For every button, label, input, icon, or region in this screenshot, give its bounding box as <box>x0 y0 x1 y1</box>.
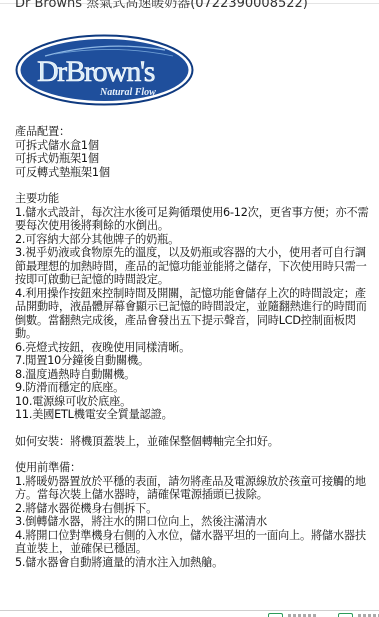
feature-item: 8.溫度過熱時自動關機。 <box>15 368 375 382</box>
prep-item: 5.儲水器會自動將適量的清水注入加熱艙。 <box>15 556 375 570</box>
feature-item: 6.亮燈式按鈕，夜晚使用同樣清晰。 <box>15 341 375 355</box>
logo-tagline-text: Natural Flow <box>99 87 156 98</box>
dr-browns-logo: DrBrown's Natural Flow <box>15 34 194 106</box>
config-item: 可反轉式墊瓶架1個 <box>15 166 375 180</box>
config-item: 可拆式儲水盒1個 <box>15 139 375 153</box>
features-section: 主要功能 1.儲水式設計，每次注水後可足夠循環使用6-12次，更省事方便；亦不需… <box>15 192 375 422</box>
feature-item: 11.美國ETL機電安全質量認證。 <box>15 408 375 422</box>
config-section: 產品配置： 可拆式儲水盒1個 可拆式奶瓶架1個 可反轉式墊瓶架1個 <box>15 125 375 179</box>
checkbox[interactable] <box>338 613 353 617</box>
feature-item: 4.利用操作按鈕來控制時間及開關，記憶功能會儲存上次的時間設定；產品開動時，液晶… <box>15 287 375 341</box>
feature-item: 10.電源線可收於底座。 <box>15 395 375 409</box>
checkbox[interactable] <box>268 613 283 617</box>
prep-item: 2.將儲水器從機身右側拆下。 <box>15 502 375 516</box>
config-heading: 產品配置： <box>15 125 375 139</box>
install-text: 如何安裝：將機頂蓋裝上，並確保整個轉軸完全扣好。 <box>15 435 375 449</box>
product-description: 產品配置： 可拆式儲水盒1個 可拆式奶瓶架1個 可反轉式墊瓶架1個 主要功能 1… <box>15 125 375 582</box>
prep-heading: 使用前準備： <box>15 461 375 475</box>
logo-brand-text: DrBrown's <box>37 55 155 88</box>
install-section: 如何安裝：將機頂蓋裝上，並確保整個轉軸完全扣好。 <box>15 435 375 449</box>
feature-item: 7.閒置10分鐘後自動關機。 <box>15 354 375 368</box>
prep-item: 1.將暖奶器置放於平穩的表面，請勿將產品及電源線放於孩童可接觸的地方。當每次裝上… <box>15 475 375 502</box>
features-heading: 主要功能 <box>15 192 375 206</box>
feature-item: 3.視乎奶液或食物原先的溫度，以及奶瓶或容器的大小，使用者可自行調節最理想的加熱… <box>15 246 375 287</box>
prep-item: 3.倒轉儲水器，將注水的開口位向上，然後注滿清水 <box>15 515 375 529</box>
prep-section: 使用前準備： 1.將暖奶器置放於平穩的表面，請勿將產品及電源線放於孩童可接觸的地… <box>15 461 375 569</box>
config-item: 可拆式奶瓶架1個 <box>15 152 375 166</box>
bottom-toolbar <box>0 610 379 617</box>
feature-item: 9.防滑而穩定的底座。 <box>15 381 375 395</box>
product-title: Dr Browns 蒸氣式高速暖奶器(0722390008522) <box>15 0 308 12</box>
feature-item: 1.儲水式設計，每次注水後可足夠循環使用6-12次，更省事方便；亦不需要每次使用… <box>15 206 375 233</box>
prep-item: 4.將開口位對準機身右側的入水位，儲水器平坦的一面向上。將儲水器扶直並裝上，並確… <box>15 529 375 556</box>
feature-item: 2.可容納大部分其他牌子的奶瓶。 <box>15 233 375 247</box>
